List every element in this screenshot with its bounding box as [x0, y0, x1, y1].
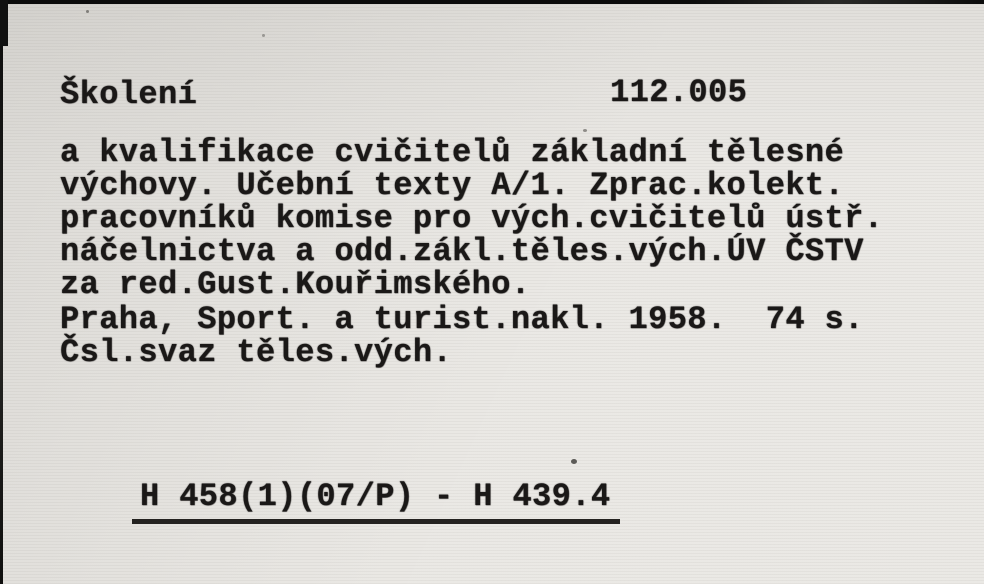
body-line: výchovy. Učební texty A/1. Zprac.kolekt.: [60, 169, 883, 202]
shelf-number: 112.005: [610, 76, 747, 110]
ink-speck: [571, 459, 577, 464]
scan-edge-corner: [0, 0, 8, 46]
call-number: H 458(1)(07/P) - H 439.4: [132, 478, 620, 524]
ink-speck: [86, 10, 89, 13]
scan-edge-left: [0, 0, 3, 584]
body-line: a kvalifikace cvičitelů základní tělesné: [60, 136, 883, 169]
catalog-card: Školení 112.005 a kvalifikace cvičitelů …: [0, 0, 984, 584]
ink-speck: [262, 34, 265, 37]
card-heading: Školení: [60, 78, 197, 112]
body-line: pracovníků komise pro vých.cvičitelů úst…: [60, 202, 883, 235]
ink-speck: [583, 129, 587, 132]
scan-edge-top: [0, 0, 984, 4]
body-line: Praha, Sport. a turist.nakl. 1958. 74 s.: [60, 303, 883, 336]
body-line: Čsl.svaz těles.vých.: [60, 336, 883, 369]
body-line: za red.Gust.Kouřimského.: [60, 268, 883, 301]
body-line: náčelnictva a odd.zákl.těles.vých.ÚV ČST…: [60, 235, 883, 268]
card-body: a kvalifikace cvičitelů základní tělesné…: [60, 136, 883, 369]
